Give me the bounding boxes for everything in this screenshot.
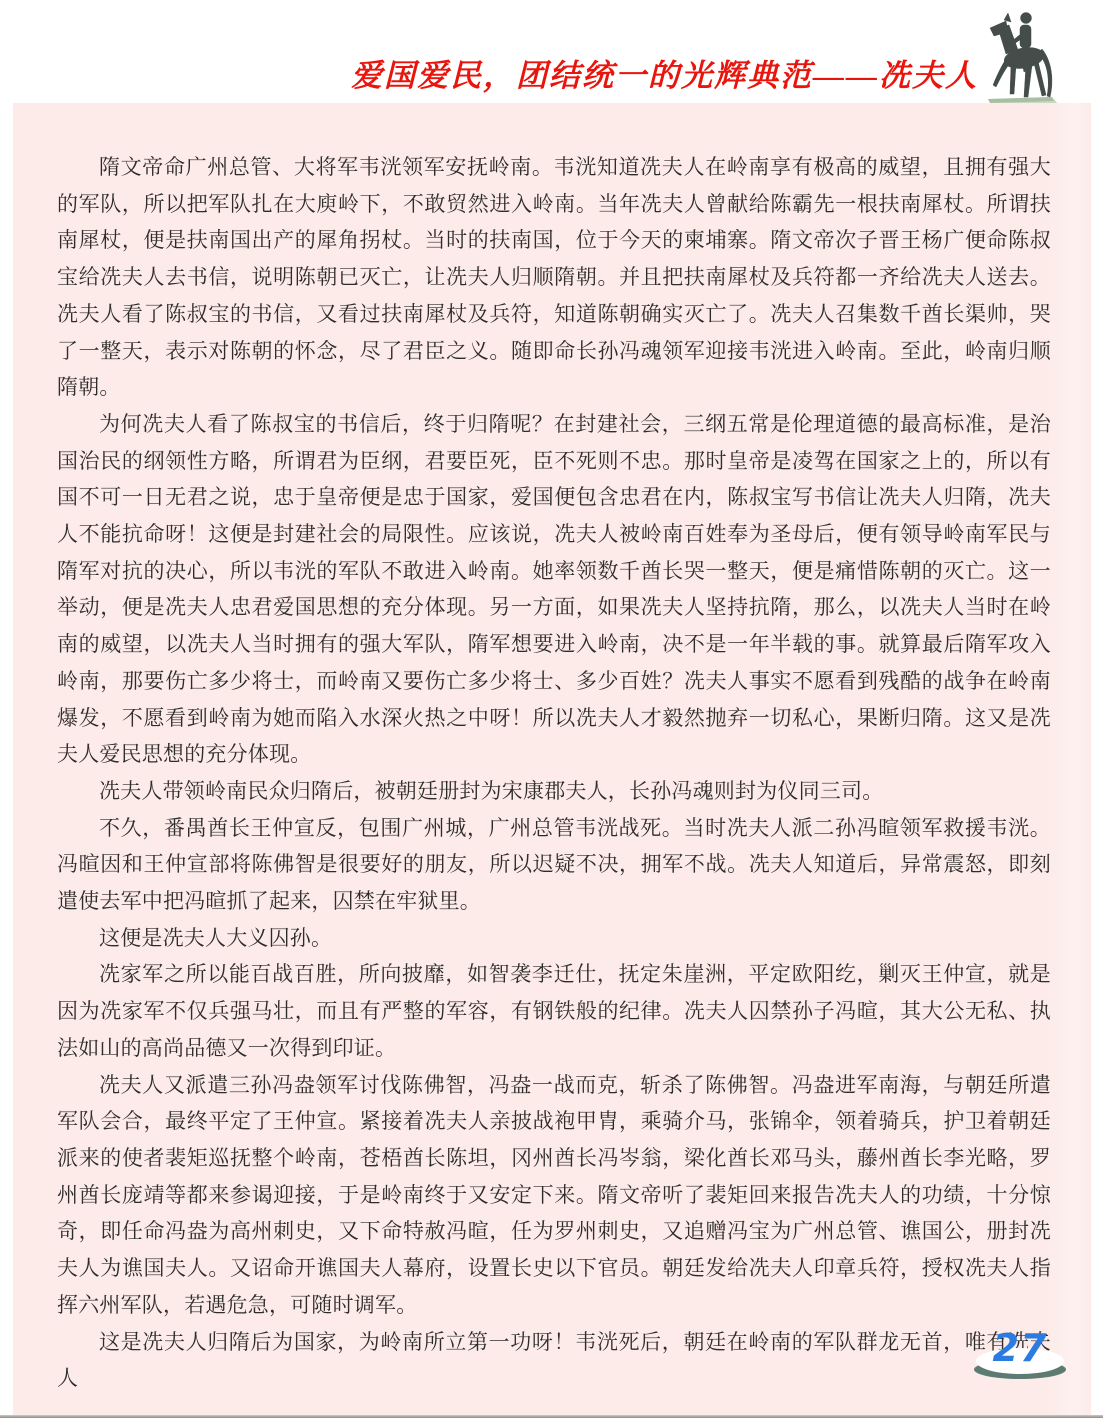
- page-sheet: 隋文帝命广州总管、大将军韦洸领军安抚岭南。韦洸知道冼夫人在岭南享有极高的威望，且…: [13, 103, 1091, 1415]
- page-header-title: 爱国爱民，团结统一的光辉典范——冼夫人: [0, 50, 978, 95]
- equestrian-statue-icon: [982, 5, 1064, 109]
- page-bottom-edge: [0, 1415, 1103, 1418]
- body-paragraph: 冼家军之所以能百战百胜，所向披靡，如智袭李迁仕，抚定朱崖洲，平定欧阳纥，剿灭王仲…: [57, 956, 1051, 1066]
- book-page: 爱国爱民，团结统一的光辉典范——冼夫人 隋文帝: [0, 0, 1103, 1428]
- page-number: 27: [974, 1326, 1066, 1370]
- body-text: 隋文帝命广州总管、大将军韦洸领军安抚岭南。韦洸知道冼夫人在岭南享有极高的威望，且…: [57, 149, 1051, 1397]
- body-paragraph: 冼夫人又派遣三孙冯盎领军讨伐陈佛智，冯盎一战而克，斩杀了陈佛智。冯盎进军南海，与…: [57, 1067, 1051, 1324]
- body-paragraph: 隋文帝命广州总管、大将军韦洸领军安抚岭南。韦洸知道冼夫人在岭南享有极高的威望，且…: [57, 149, 1051, 406]
- body-paragraph: 这便是冼夫人大义囚孙。: [57, 920, 1051, 957]
- page-number-badge: 27: [974, 1330, 1066, 1382]
- body-paragraph: 为何冼夫人看了陈叔宝的书信后，终于归隋呢？在封建社会，三纲五常是伦理道德的最高标…: [57, 406, 1051, 773]
- body-paragraph: 冼夫人带领岭南民众归隋后，被朝廷册封为宋康郡夫人，长孙冯魂则封为仪同三司。: [57, 773, 1051, 810]
- body-paragraph: 这是冼夫人归隋后为国家，为岭南所立第一功呀！韦洸死后，朝廷在岭南的军队群龙无首，…: [57, 1324, 1051, 1397]
- body-paragraph: 不久，番禺酋长王仲宣反，包围广州城，广州总管韦洸战死。当时冼夫人派二孙冯暄领军救…: [57, 810, 1051, 920]
